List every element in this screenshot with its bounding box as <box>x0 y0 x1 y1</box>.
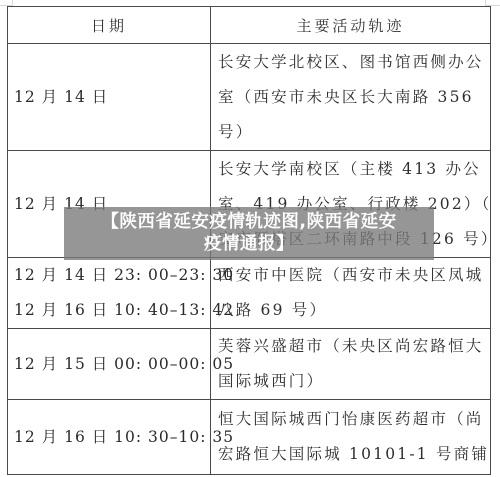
trace-cell: 长安大学北校区、图书馆西侧办公 室（西安市未央区长大南路 356 号） <box>211 44 491 151</box>
date-cell: 12 月 14 日 23: 00–23: 30 12 月 16 日 10: 40… <box>8 258 211 329</box>
date-cell: 12 月 14 日 <box>8 44 211 151</box>
table-row: 12 月 14 日 长安大学北校区、图书馆西侧办公 室（西安市未央区长大南路 3… <box>8 44 491 151</box>
trace-text: 八路 69 号） <box>218 293 488 328</box>
header-trace: 主要活动轨迹 <box>211 7 491 44</box>
trace-text: 国际城西门） <box>218 364 488 399</box>
trace-text: 恒大国际城西门怡康医药超市（尚 <box>218 402 488 437</box>
date-text: 12 月 16 日 10: 30–10: 35 <box>14 420 210 455</box>
date-text: 12 月 15 日 00: 00–00: 05 <box>14 347 210 382</box>
trace-text: 长安大学南校区（主楼 413 办公 <box>218 152 488 187</box>
date-cell: 12 月 16 日 10: 30–10: 35 <box>8 400 211 475</box>
date-text: 12 月 14 日 <box>14 80 210 115</box>
trace-text: 室（西安市未央区长大南路 356 <box>218 80 488 115</box>
overlay-title-line-2: 疫情通报】 <box>64 233 434 255</box>
date-cell: 12 月 15 日 00: 00–00: 05 <box>8 329 211 400</box>
table-row: 12 月 16 日 10: 30–10: 35 恒大国际城西门怡康医药超市（尚 … <box>8 400 491 475</box>
trace-cell: 恒大国际城西门怡康医药超市（尚 宏路恒大国际城 10101-1 号商铺） <box>211 400 491 475</box>
date-text: 12 月 14 日 23: 00–23: 30 <box>14 258 210 293</box>
trace-text: 号） <box>218 115 488 150</box>
trace-text: 宏路恒大国际城 10101-1 号商铺） <box>218 437 488 472</box>
trace-text: 长安大学北校区、图书馆西侧办公 <box>218 45 488 80</box>
title-overlay-caption: 【陕西省延安疫情轨迹图,陕西省延安 疫情通报】 <box>64 207 434 260</box>
date-text: 12 月 16 日 10: 40–13: 42 <box>14 293 210 328</box>
table-row: 12 月 15 日 00: 00–00: 05 芙蓉兴盛超市（未央区尚宏路恒大 … <box>8 329 491 400</box>
trace-text: 西安市中医院（西安市未央区凤城 <box>218 258 488 293</box>
trace-text: 芙蓉兴盛超市（未央区尚宏路恒大 <box>218 329 488 364</box>
table-header-row: 日期 主要活动轨迹 <box>8 7 491 44</box>
table-row: 12 月 14 日 23: 00–23: 30 12 月 16 日 10: 40… <box>8 258 491 329</box>
header-date: 日期 <box>8 7 211 44</box>
trace-cell: 西安市中医院（西安市未央区凤城 八路 69 号） <box>211 258 491 329</box>
overlay-title-line-1: 【陕西省延安疫情轨迹图,陕西省延安 <box>64 211 434 233</box>
trace-cell: 芙蓉兴盛超市（未央区尚宏路恒大 国际城西门） <box>211 329 491 400</box>
